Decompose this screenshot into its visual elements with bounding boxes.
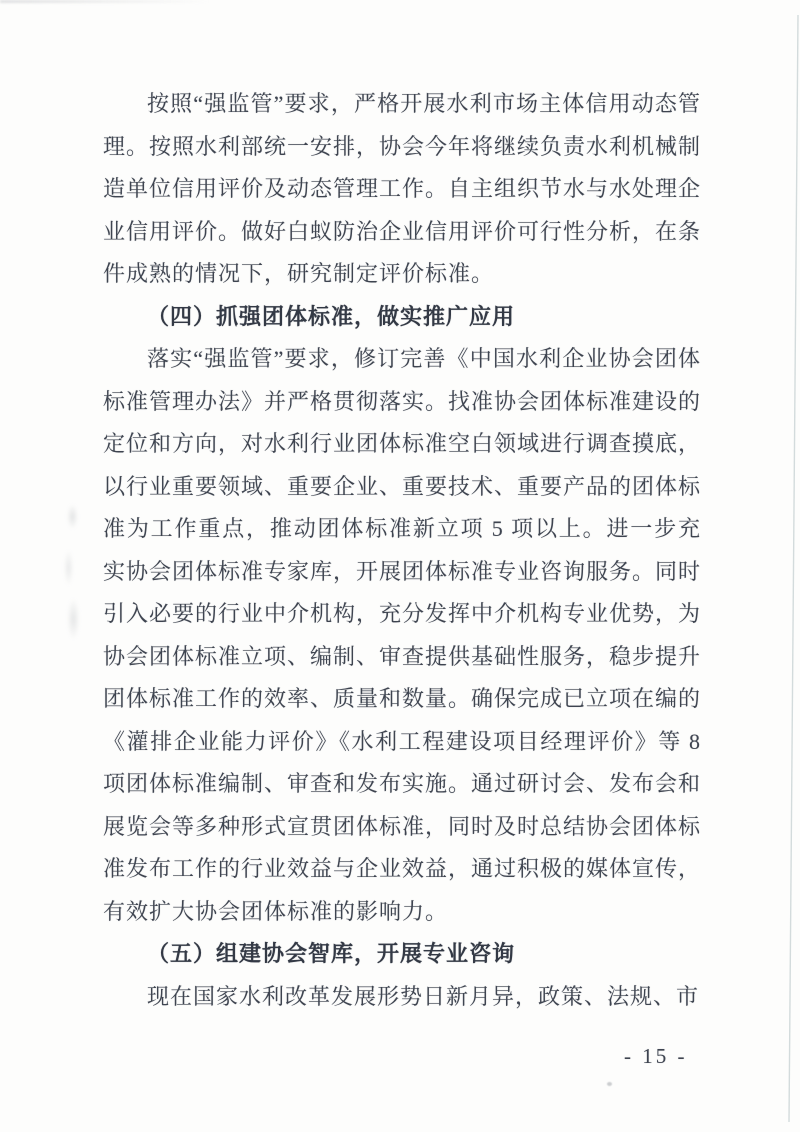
section-heading-4: （四）抓强团体标准，做实推广应用 xyxy=(103,296,701,339)
document-body: 按照“强监管”要求，严格开展水利市场主体信用动态管理。按照水利部统一安排，协会今… xyxy=(103,83,701,1018)
page-number: - 15 - xyxy=(624,1044,704,1069)
paragraph-credit-supervision: 按照“强监管”要求，严格开展水利市场主体信用动态管理。按照水利部统一安排，协会今… xyxy=(103,83,701,296)
scan-top-edge-shade xyxy=(0,0,210,3)
section-heading-5: （五）组建协会智库，开展专业咨询 xyxy=(103,933,701,976)
ink-smudge xyxy=(56,498,86,653)
paper-speck xyxy=(607,1082,612,1086)
paragraph-think-tank-intro: 现在国家水利改革发展形势日新月异，政策、法规、市 xyxy=(103,976,701,1019)
paragraph-group-standards: 落实“强监管”要求，修订完善《中国水利企业协会团体标准管理办法》并严格贯彻落实。… xyxy=(103,338,701,933)
scanned-document-page: 按照“强监管”要求，严格开展水利市场主体信用动态管理。按照水利部统一安排，协会今… xyxy=(0,0,800,1132)
